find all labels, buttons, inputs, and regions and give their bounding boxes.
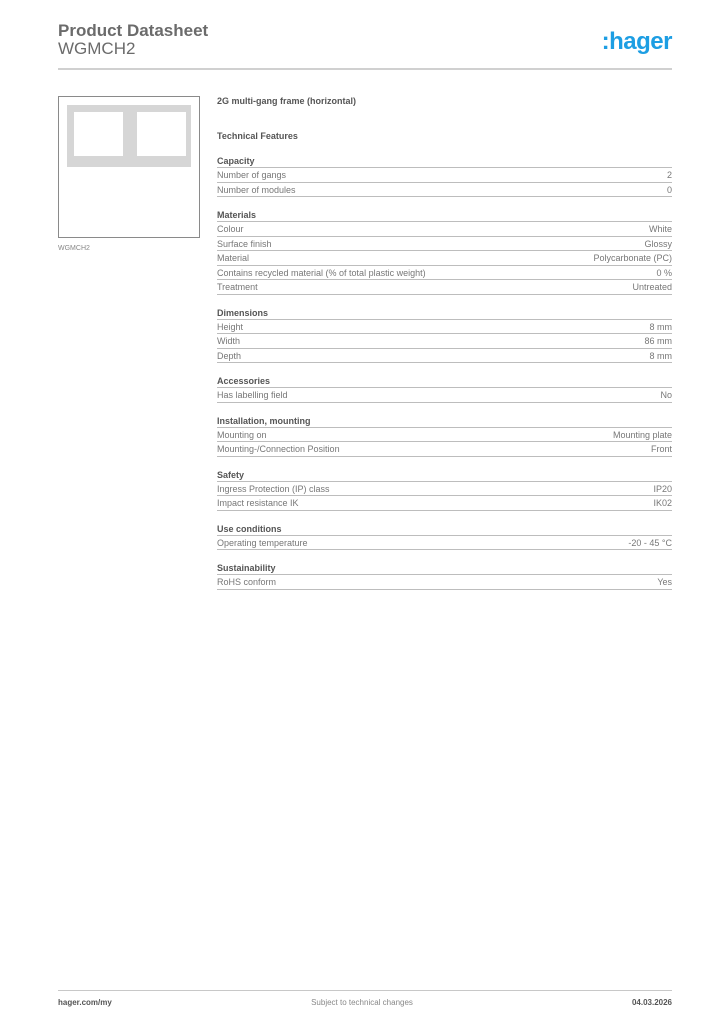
- spec-value: -20 - 45 °C: [628, 536, 672, 550]
- section-title: Dimensions: [217, 307, 672, 320]
- spec-value: Polycarbonate (PC): [593, 251, 672, 265]
- spec-label: Colour: [217, 222, 244, 236]
- spec-label: Depth: [217, 349, 241, 363]
- spec-row: Mounting onMounting plate: [217, 428, 672, 443]
- product-code: WGMCH2: [58, 39, 135, 59]
- spec-label: Height: [217, 320, 243, 334]
- spec-row: Ingress Protection (IP) classIP20: [217, 482, 672, 497]
- spec-row: TreatmentUntreated: [217, 280, 672, 295]
- spec-value: IK02: [653, 496, 672, 510]
- spec-row: Contains recycled material (% of total p…: [217, 266, 672, 281]
- product-image: [58, 96, 200, 238]
- footer-disclaimer: Subject to technical changes: [0, 998, 724, 1007]
- product-description: 2G multi-gang frame (horizontal): [217, 94, 672, 108]
- spec-section: SustainabilityRoHS conformYes: [217, 562, 672, 590]
- spec-label: Has labelling field: [217, 388, 288, 402]
- footer-divider: [58, 990, 672, 991]
- spec-label: RoHS conform: [217, 575, 276, 589]
- spec-row: Has labelling fieldNo: [217, 388, 672, 403]
- spec-row: Impact resistance IKIK02: [217, 496, 672, 511]
- spec-row: Mounting-/Connection PositionFront: [217, 442, 672, 457]
- spec-label: Ingress Protection (IP) class: [217, 482, 330, 496]
- spec-label: Number of gangs: [217, 168, 286, 182]
- spec-value: White: [649, 222, 672, 236]
- spec-label: Surface finish: [217, 237, 272, 251]
- frame-opening-left: [74, 112, 123, 156]
- spec-row: Number of gangs2: [217, 168, 672, 183]
- spec-section: Installation, mountingMounting onMountin…: [217, 415, 672, 457]
- spec-section: DimensionsHeight8 mmWidth86 mmDepth8 mm: [217, 307, 672, 364]
- page-title: Product Datasheet: [58, 21, 208, 41]
- section-title: Capacity: [217, 155, 672, 168]
- section-title: Accessories: [217, 375, 672, 388]
- frame-opening-right: [137, 112, 186, 156]
- section-title: Use conditions: [217, 523, 672, 536]
- spec-row: Depth8 mm: [217, 349, 672, 364]
- spec-row: ColourWhite: [217, 222, 672, 237]
- spec-label: Material: [217, 251, 249, 265]
- section-title: Installation, mounting: [217, 415, 672, 428]
- footer-date: 04.03.2026: [632, 998, 672, 1007]
- spec-label: Mounting on: [217, 428, 267, 442]
- spec-label: Operating temperature: [217, 536, 308, 550]
- spec-value: IP20: [653, 482, 672, 496]
- spec-label: Mounting-/Connection Position: [217, 442, 340, 456]
- hager-logo: :hager: [602, 28, 672, 56]
- spec-row: RoHS conformYes: [217, 575, 672, 590]
- technical-features-title: Technical Features: [217, 129, 672, 143]
- spec-row: Number of modules0: [217, 183, 672, 198]
- spec-value: 0 %: [656, 266, 672, 280]
- spec-row: Operating temperature-20 - 45 °C: [217, 536, 672, 551]
- spec-label: Impact resistance IK: [217, 496, 299, 510]
- spec-row: MaterialPolycarbonate (PC): [217, 251, 672, 266]
- spec-sections: CapacityNumber of gangs2Number of module…: [217, 155, 672, 590]
- image-caption: WGMCH2: [58, 245, 90, 252]
- spec-section: AccessoriesHas labelling fieldNo: [217, 375, 672, 403]
- section-title: Sustainability: [217, 562, 672, 575]
- spec-row: Width86 mm: [217, 334, 672, 349]
- spec-label: Number of modules: [217, 183, 296, 197]
- spec-value: Front: [651, 442, 672, 456]
- spec-value: Untreated: [632, 280, 672, 294]
- section-title: Safety: [217, 469, 672, 482]
- spec-row: Surface finishGlossy: [217, 237, 672, 252]
- two-gang-frame-icon: [67, 105, 191, 167]
- spec-value: 0: [667, 183, 672, 197]
- spec-value: Glossy: [644, 237, 672, 251]
- spec-value: 8 mm: [650, 349, 673, 363]
- spec-section: Use conditionsOperating temperature-20 -…: [217, 523, 672, 551]
- spec-section: SafetyIngress Protection (IP) classIP20I…: [217, 469, 672, 511]
- spec-label: Width: [217, 334, 240, 348]
- spec-value: No: [660, 388, 672, 402]
- spec-value: 86 mm: [644, 334, 672, 348]
- header-divider: [58, 68, 672, 70]
- spec-value: Mounting plate: [613, 428, 672, 442]
- spec-label: Contains recycled material (% of total p…: [217, 266, 426, 280]
- spec-value: 8 mm: [650, 320, 673, 334]
- spec-row: Height8 mm: [217, 320, 672, 335]
- spec-value: Yes: [657, 575, 672, 589]
- section-title: Materials: [217, 209, 672, 222]
- spec-value: 2: [667, 168, 672, 182]
- spec-section: MaterialsColourWhiteSurface finishGlossy…: [217, 209, 672, 295]
- spec-section: CapacityNumber of gangs2Number of module…: [217, 155, 672, 197]
- spec-label: Treatment: [217, 280, 258, 294]
- spec-content: 2G multi-gang frame (horizontal) Technic…: [217, 94, 672, 590]
